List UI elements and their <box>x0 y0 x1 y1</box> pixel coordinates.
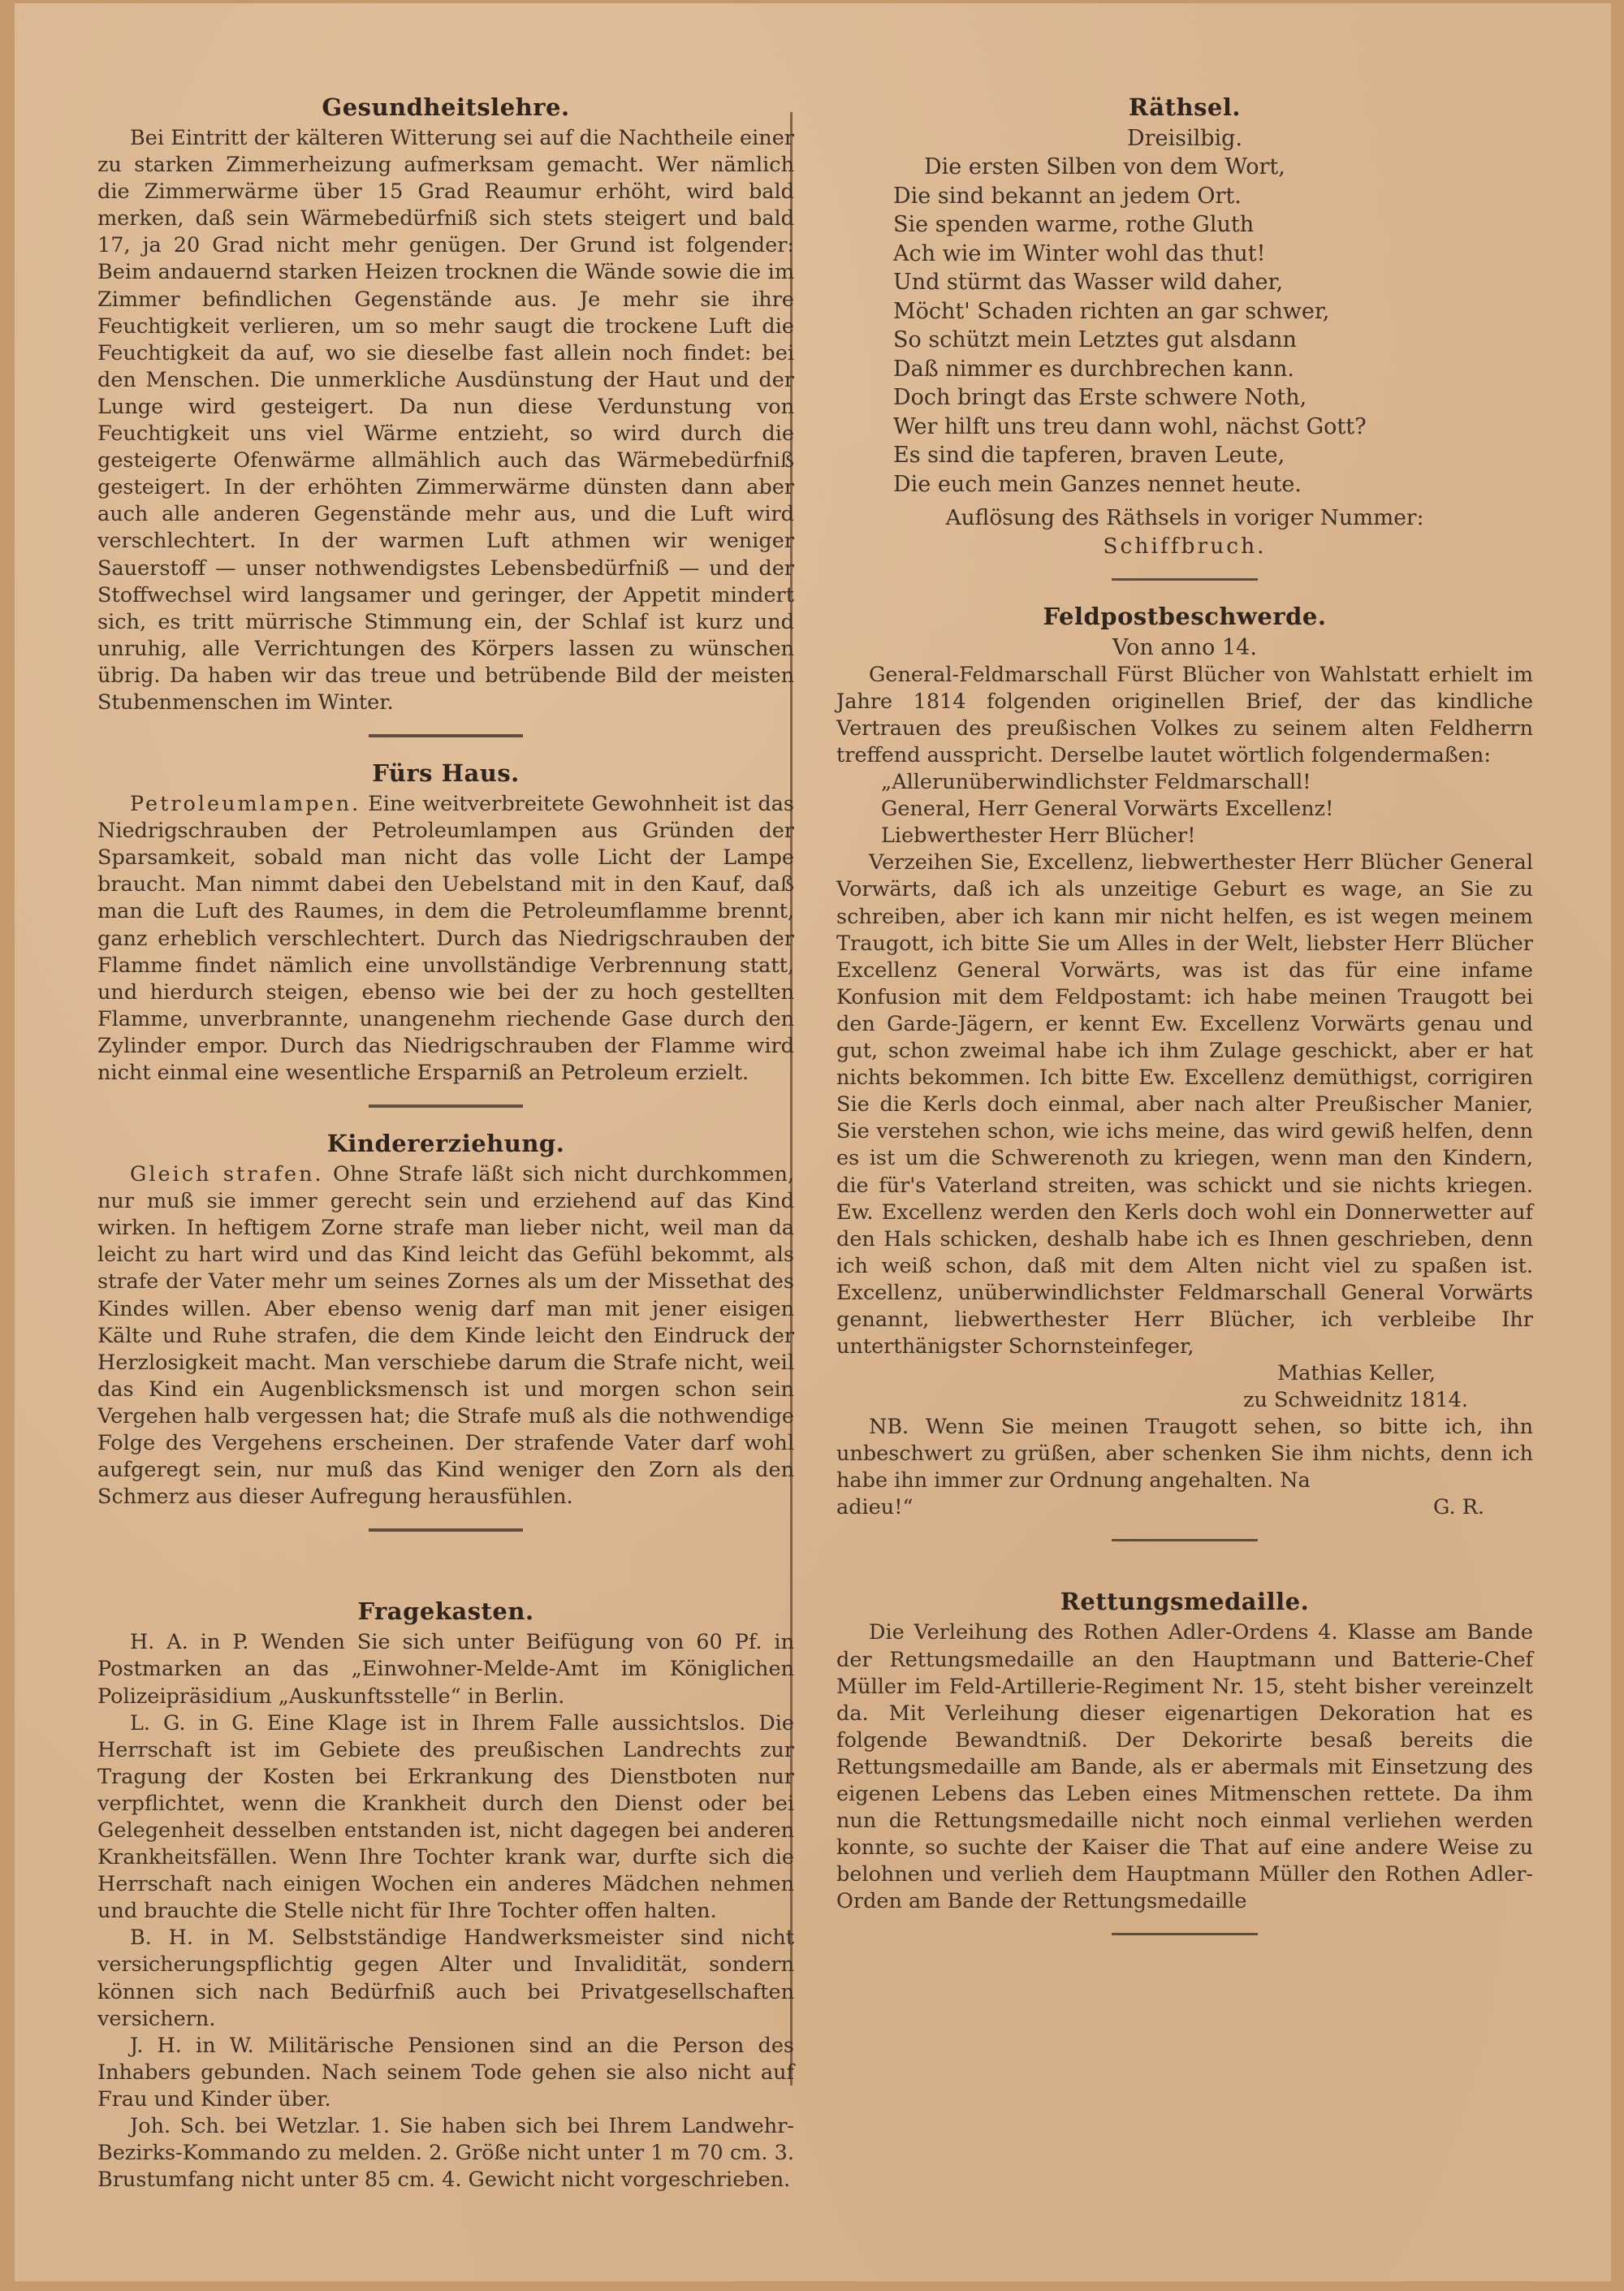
salutation-line: „Allerunüberwindlichster Feldmarschall! <box>881 769 1533 796</box>
author-initials: G. R. <box>1433 1494 1484 1521</box>
poem-line: Ach wie im Winter wohl das thut! <box>893 240 1533 269</box>
article-fuers-haus: Fürs Haus. Petroleumlampen. Eine weitver… <box>97 759 794 1087</box>
article-title: Feldpostbeschwerde. <box>836 602 1533 631</box>
section-divider <box>1112 1539 1258 1541</box>
poem-line: Möcht' Schaden richten an gar schwer, <box>893 297 1533 326</box>
article-body: Gleich strafen. Ohne Strafe läßt sich ni… <box>97 1161 794 1511</box>
solution-text: Schiffbruch. <box>836 532 1533 560</box>
section-divider <box>369 1104 523 1108</box>
section-divider <box>369 734 523 737</box>
article-title: Räthsel. <box>836 93 1533 122</box>
poem-line: Doch bringt das Erste schwere Noth, <box>893 383 1533 413</box>
poem-line: Die sind bekannt an jedem Ort. <box>893 182 1533 211</box>
section-divider <box>1112 578 1258 581</box>
article-lead: Petroleumlampen. <box>130 792 361 816</box>
article-title: Fürs Haus. <box>97 759 794 788</box>
answer-item: J. H. in W. Militärische Pensionen sind … <box>97 2033 794 2113</box>
article-subtitle: Dreisilbig. <box>836 125 1533 153</box>
poem-line: Daß nimmer es durchbrechen kann. <box>893 355 1533 384</box>
poem-line: Wer hilft uns treu dann wohl, nächst Got… <box>893 413 1533 442</box>
article-raethsel: Räthsel. Dreisilbig. Die ersten Silben v… <box>836 93 1533 560</box>
poem-line: Die ersten Silben von dem Wort, <box>924 153 1533 182</box>
section-divider <box>1112 1933 1258 1935</box>
article-gesundheitslehre: Gesundheitslehre. Bei Eintritt der kälte… <box>97 93 794 716</box>
article-body: Die Verleihung des Rothen Adler-Ordens 4… <box>836 1619 1533 1915</box>
article-fragekasten: Fragekasten. H. A. in P. Wenden Sie sich… <box>97 1597 794 2194</box>
article-body: Petroleumlampen. Eine weitverbreitete Ge… <box>97 791 794 1087</box>
section-divider <box>369 1528 523 1532</box>
poem-line: So schützt mein Letztes gut alsdann <box>893 326 1533 355</box>
right-column: Räthsel. Dreisilbig. Die ersten Silben v… <box>836 93 1533 1956</box>
article-feldpostbeschwerde: Feldpostbeschwerde. Von anno 14. General… <box>836 602 1533 1521</box>
article-kindererziehung: Kindererziehung. Gleich strafen. Ohne St… <box>97 1129 794 1511</box>
left-column: Gesundheitslehre. Bei Eintritt der kälte… <box>97 93 794 2194</box>
article-rettungsmedaille: Rettungsmedaille. Die Verleihung des Rot… <box>836 1587 1533 1915</box>
salutation-line: Liebwerthester Herr Blücher! <box>881 823 1533 849</box>
poem-line: Es sind die tapferen, braven Leute, <box>893 441 1533 470</box>
article-title: Rettungsmedaille. <box>836 1587 1533 1616</box>
article-body: Bei Eintritt der kälteren Witterung sei … <box>97 125 794 716</box>
poem-line: Sie spenden warme, rothe Gluth <box>893 210 1533 240</box>
postscript: NB. Wenn Sie meinen Traugott sehen, so b… <box>836 1414 1533 1494</box>
answer-item: B. H. in M. Selbstständige Handwerksmeis… <box>97 1925 794 2032</box>
article-lead: Gleich strafen. <box>130 1162 324 1187</box>
poem-line: Und stürmt das Wasser wild daher, <box>893 268 1533 297</box>
answer-item: Joh. Sch. bei Wetzlar. 1. Sie haben sich… <box>97 2113 794 2194</box>
signature-place: zu Schweidnitz 1814. <box>836 1387 1533 1414</box>
postscript-end: adieu!“ G. R. <box>836 1494 1533 1521</box>
riddle-poem: Die ersten Silben von dem Wort, Die sind… <box>893 153 1533 499</box>
poem-line: Die euch mein Ganzes nennet heute. <box>893 470 1533 499</box>
article-intro: General-Feldmarschall Fürst Blücher von … <box>836 662 1533 769</box>
article-subtitle: Von anno 14. <box>836 634 1533 662</box>
newspaper-page: Gesundheitslehre. Bei Eintritt der kälte… <box>15 3 1611 2281</box>
article-title: Fragekasten. <box>97 1597 794 1626</box>
answer-item: H. A. in P. Wenden Sie sich unter Beifüg… <box>97 1629 794 1710</box>
salutation-line: General, Herr General Vorwärts Excellenz… <box>881 796 1533 823</box>
article-title: Gesundheitslehre. <box>97 93 794 122</box>
letter-body: Verzeihen Sie, Excellenz, liebwerthester… <box>836 849 1533 1360</box>
answer-item: L. G. in G. Eine Klage ist in Ihrem Fall… <box>97 1710 794 1926</box>
signature-name: Mathias Keller, <box>836 1360 1533 1387</box>
letter-salutation: „Allerunüberwindlichster Feldmarschall! … <box>881 769 1533 849</box>
article-title: Kindererziehung. <box>97 1129 794 1158</box>
solution-label: Auflösung des Räthsels in voriger Nummer… <box>836 504 1533 532</box>
